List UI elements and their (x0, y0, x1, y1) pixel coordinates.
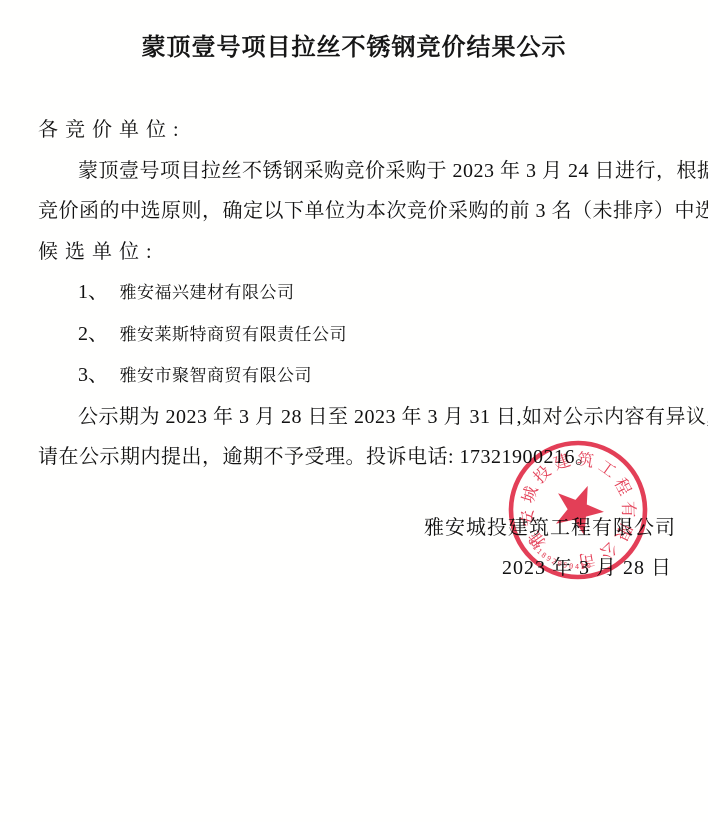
svg-text:程: 程 (610, 475, 635, 499)
paragraph1-line3: 候选单位: (38, 232, 680, 273)
winner-number: 3、 (78, 364, 108, 386)
svg-text:城: 城 (518, 483, 541, 505)
winner-number: 1、 (78, 281, 108, 303)
winner-item: 1、 雅安福兴建材有限公司 (78, 272, 680, 314)
document-title: 蒙顶壹号项目拉丝不锈钢竞价结果公示 (0, 0, 708, 65)
winner-name: 雅安福兴建材有限公司 (120, 283, 295, 302)
winner-item: 3、 雅安市聚智商贸有限公司 (78, 355, 680, 397)
winner-name: 雅安市聚智商贸有限公司 (120, 366, 313, 385)
signature-company: 雅安城投建筑工程有限公司 (0, 508, 678, 549)
salutation: 各竞价单位: (38, 110, 680, 151)
winner-number: 2、 (78, 323, 108, 345)
signature-block: 雅安城投建筑工程有限公司 2023 年 3 月 28 日 (0, 508, 678, 589)
paragraph2-line1: 公示期为 2023 年 3 月 28 日至 2023 年 3 月 31 日,如对… (38, 397, 680, 438)
winner-list: 1、 雅安福兴建材有限公司 2、 雅安莱斯特商贸有限责任公司 3、 雅安市聚智商… (78, 272, 680, 397)
paragraph1-line2: 竞价函的中选原则，确定以下单位为本次竞价采购的前 3 名（未排序）中选 (38, 191, 680, 232)
document-page: 蒙顶壹号项目拉丝不锈钢竞价结果公示 各竞价单位: 蒙顶壹号项目拉丝不锈钢采购竞价… (0, 0, 708, 822)
signature-date: 2023 年 3 月 28 日 (0, 548, 678, 589)
paragraph2-line2: 请在公示期内提出，逾期不予受理。投诉电话: 17321900216。 (38, 437, 680, 478)
winner-name: 雅安莱斯特商贸有限责任公司 (120, 325, 348, 344)
document-body: 各竞价单位: 蒙顶壹号项目拉丝不锈钢采购竞价采购于 2023 年 3 月 24 … (38, 110, 680, 478)
winner-item: 2、 雅安莱斯特商贸有限责任公司 (78, 314, 680, 356)
paragraph1-line1: 蒙顶壹号项目拉丝不锈钢采购竞价采购于 2023 年 3 月 24 日进行，根据 (38, 151, 680, 192)
